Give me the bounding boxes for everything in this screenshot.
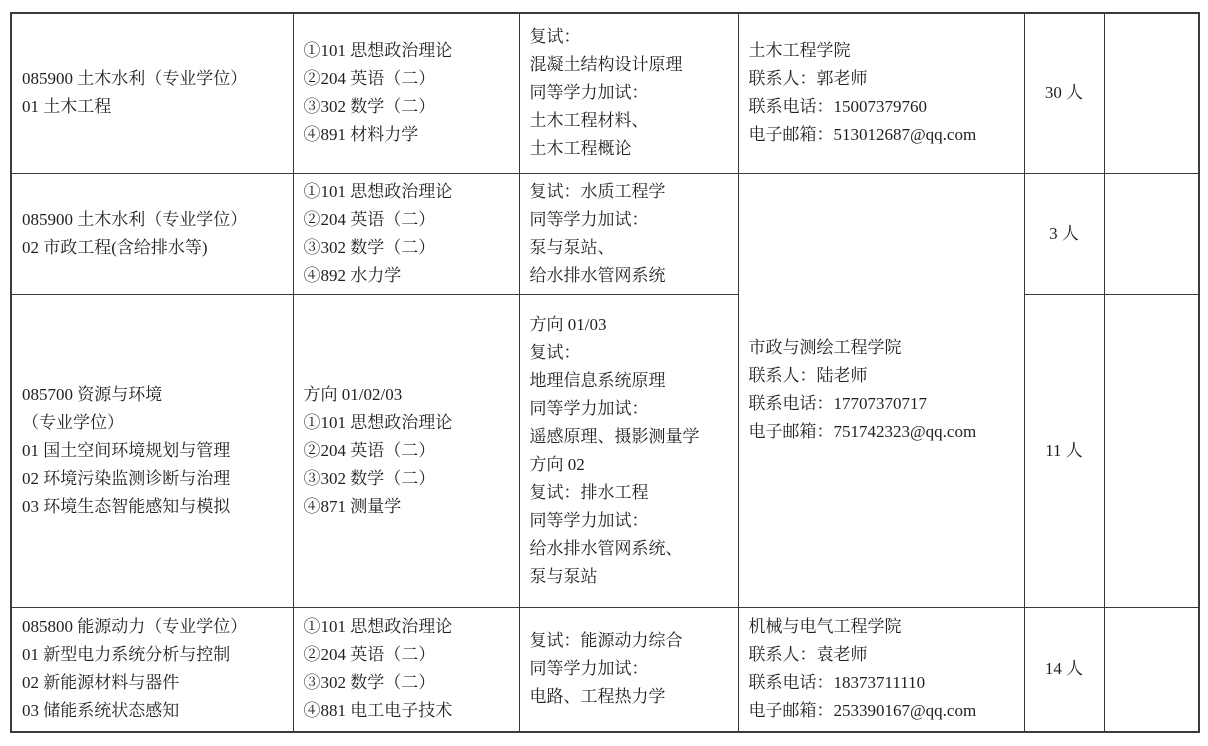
text-line: 方向 02 — [530, 451, 728, 479]
text-line: 复试：水质工程学 — [530, 178, 728, 206]
text-line: 同等学力加试： — [530, 655, 728, 683]
text-line: 085900 土木水利（专业学位） — [22, 65, 283, 93]
text-line: 方向 01/02/03 — [304, 381, 509, 409]
text-line: ③302 数学（二） — [304, 234, 509, 262]
text-line: 02 市政工程(含给排水等) — [22, 234, 283, 262]
text-line: ①101 思想政治理论 — [304, 37, 509, 65]
quota-cell: 14 人 — [1024, 607, 1104, 732]
text-line: 遥感原理、摄影测量学 — [530, 423, 728, 451]
retest-cell: 复试：混凝土结构设计原理同等学力加试：土木工程材料、土木工程概论 — [519, 13, 738, 173]
text-line: 电子邮箱：253390167@qq.com — [749, 697, 1014, 725]
program-cell: 085800 能源动力（专业学位）01 新型电力系统分析与控制02 新能源材料与… — [11, 607, 293, 732]
contact-cell-merged: 市政与测绘工程学院联系人：陆老师联系电话：17707370717电子邮箱：751… — [738, 173, 1024, 607]
text-line: 机械与电气工程学院 — [749, 613, 1014, 641]
program-cell: 085900 土木水利（专业学位）02 市政工程(含给排水等) — [11, 173, 293, 294]
text-line: ①101 思想政治理论 — [304, 178, 509, 206]
text-line: 085900 土木水利（专业学位） — [22, 206, 283, 234]
text-line: ①101 思想政治理论 — [304, 409, 509, 437]
text-line: ①101 思想政治理论 — [304, 613, 509, 641]
retest-cell: 方向 01/03复试：地理信息系统原理同等学力加试：遥感原理、摄影测量学方向 0… — [519, 294, 738, 607]
text-line: （专业学位） — [22, 409, 283, 437]
text-line: 同等学力加试： — [530, 395, 728, 423]
text-line: 复试：能源动力综合 — [530, 627, 728, 655]
text-line: 电子邮箱：751742323@qq.com — [749, 418, 1014, 446]
text-line: 土木工程学院 — [749, 37, 1014, 65]
text-line: 泵与泵站 — [530, 563, 728, 591]
text-line: 联系人：袁老师 — [749, 641, 1014, 669]
text-line: 泵与泵站、 — [530, 234, 728, 262]
text-line: 混凝土结构设计原理 — [530, 51, 728, 79]
note-cell — [1104, 607, 1199, 732]
program-cell: 085900 土木水利（专业学位）01 土木工程 — [11, 13, 293, 173]
text-line: 联系电话：18373711110 — [749, 669, 1014, 697]
text-line: 土木工程材料、 — [530, 107, 728, 135]
admissions-table: 085900 土木水利（专业学位）01 土木工程 ①101 思想政治理论②204… — [10, 12, 1200, 733]
note-cell — [1104, 13, 1199, 173]
text-line: 联系电话：17707370717 — [749, 390, 1014, 418]
text-line: ③302 数学（二） — [304, 93, 509, 121]
contact-cell: 土木工程学院联系人：郭老师联系电话：15007379760电子邮箱：513012… — [738, 13, 1024, 173]
text-line: 同等学力加试： — [530, 206, 728, 234]
quota-cell: 3 人 — [1024, 173, 1104, 294]
text-line: 复试：排水工程 — [530, 479, 728, 507]
text-line: 市政与测绘工程学院 — [749, 334, 1014, 362]
subjects-cell: ①101 思想政治理论②204 英语（二）③302 数学（二）④892 水力学 — [293, 173, 519, 294]
text-line: 联系电话：15007379760 — [749, 93, 1014, 121]
quota-cell: 11 人 — [1024, 294, 1104, 607]
contact-cell: 机械与电气工程学院联系人：袁老师联系电话：18373711110电子邮箱：253… — [738, 607, 1024, 732]
program-cell: 085700 资源与环境（专业学位）01 国土空间环境规划与管理02 环境污染监… — [11, 294, 293, 607]
subjects-cell: 方向 01/02/03①101 思想政治理论②204 英语（二）③302 数学（… — [293, 294, 519, 607]
text-line: 同等学力加试： — [530, 507, 728, 535]
text-line: 复试： — [530, 23, 728, 51]
text-line: 03 储能系统状态感知 — [22, 697, 283, 725]
text-line: ③302 数学（二） — [304, 669, 509, 697]
text-line: 电路、工程热力学 — [530, 683, 728, 711]
text-line: ②204 英语（二） — [304, 65, 509, 93]
table-row: 085900 土木水利（专业学位）01 土木工程 ①101 思想政治理论②204… — [11, 13, 1199, 173]
text-line: 085800 能源动力（专业学位） — [22, 613, 283, 641]
text-line: ④881 电工电子技术 — [304, 697, 509, 725]
text-line: 联系人：陆老师 — [749, 362, 1014, 390]
note-cell — [1104, 294, 1199, 607]
text-line: ③302 数学（二） — [304, 465, 509, 493]
retest-cell: 复试：水质工程学同等学力加试：泵与泵站、给水排水管网系统 — [519, 173, 738, 294]
subjects-cell: ①101 思想政治理论②204 英语（二）③302 数学（二）④891 材料力学 — [293, 13, 519, 173]
text-line: 01 新型电力系统分析与控制 — [22, 641, 283, 669]
text-line: 02 环境污染监测诊断与治理 — [22, 465, 283, 493]
text-line: 地理信息系统原理 — [530, 367, 728, 395]
table-row: 085900 土木水利（专业学位）02 市政工程(含给排水等) ①101 思想政… — [11, 173, 1199, 294]
text-line: 给水排水管网系统、 — [530, 535, 728, 563]
retest-cell: 复试：能源动力综合同等学力加试：电路、工程热力学 — [519, 607, 738, 732]
text-line: ②204 英语（二） — [304, 206, 509, 234]
text-line: 复试： — [530, 339, 728, 367]
text-line: 02 新能源材料与器件 — [22, 669, 283, 697]
text-line: ②204 英语（二） — [304, 641, 509, 669]
text-line: ④871 测量学 — [304, 493, 509, 521]
text-line: 方向 01/03 — [530, 311, 728, 339]
text-line: 联系人：郭老师 — [749, 65, 1014, 93]
text-line: 土木工程概论 — [530, 135, 728, 163]
text-line: 01 土木工程 — [22, 93, 283, 121]
text-line: 同等学力加试： — [530, 79, 728, 107]
note-cell — [1104, 173, 1199, 294]
text-line: 03 环境生态智能感知与模拟 — [22, 493, 283, 521]
document-page: 085900 土木水利（专业学位）01 土木工程 ①101 思想政治理论②204… — [0, 0, 1208, 746]
text-line: 给水排水管网系统 — [530, 262, 728, 290]
text-line: 01 国土空间环境规划与管理 — [22, 437, 283, 465]
text-line: 电子邮箱：513012687@qq.com — [749, 121, 1014, 149]
quota-cell: 30 人 — [1024, 13, 1104, 173]
text-line: ②204 英语（二） — [304, 437, 509, 465]
table-row: 085800 能源动力（专业学位）01 新型电力系统分析与控制02 新能源材料与… — [11, 607, 1199, 732]
subjects-cell: ①101 思想政治理论②204 英语（二）③302 数学（二）④881 电工电子… — [293, 607, 519, 732]
text-line: 085700 资源与环境 — [22, 381, 283, 409]
text-line: ④891 材料力学 — [304, 121, 509, 149]
text-line: ④892 水力学 — [304, 262, 509, 290]
